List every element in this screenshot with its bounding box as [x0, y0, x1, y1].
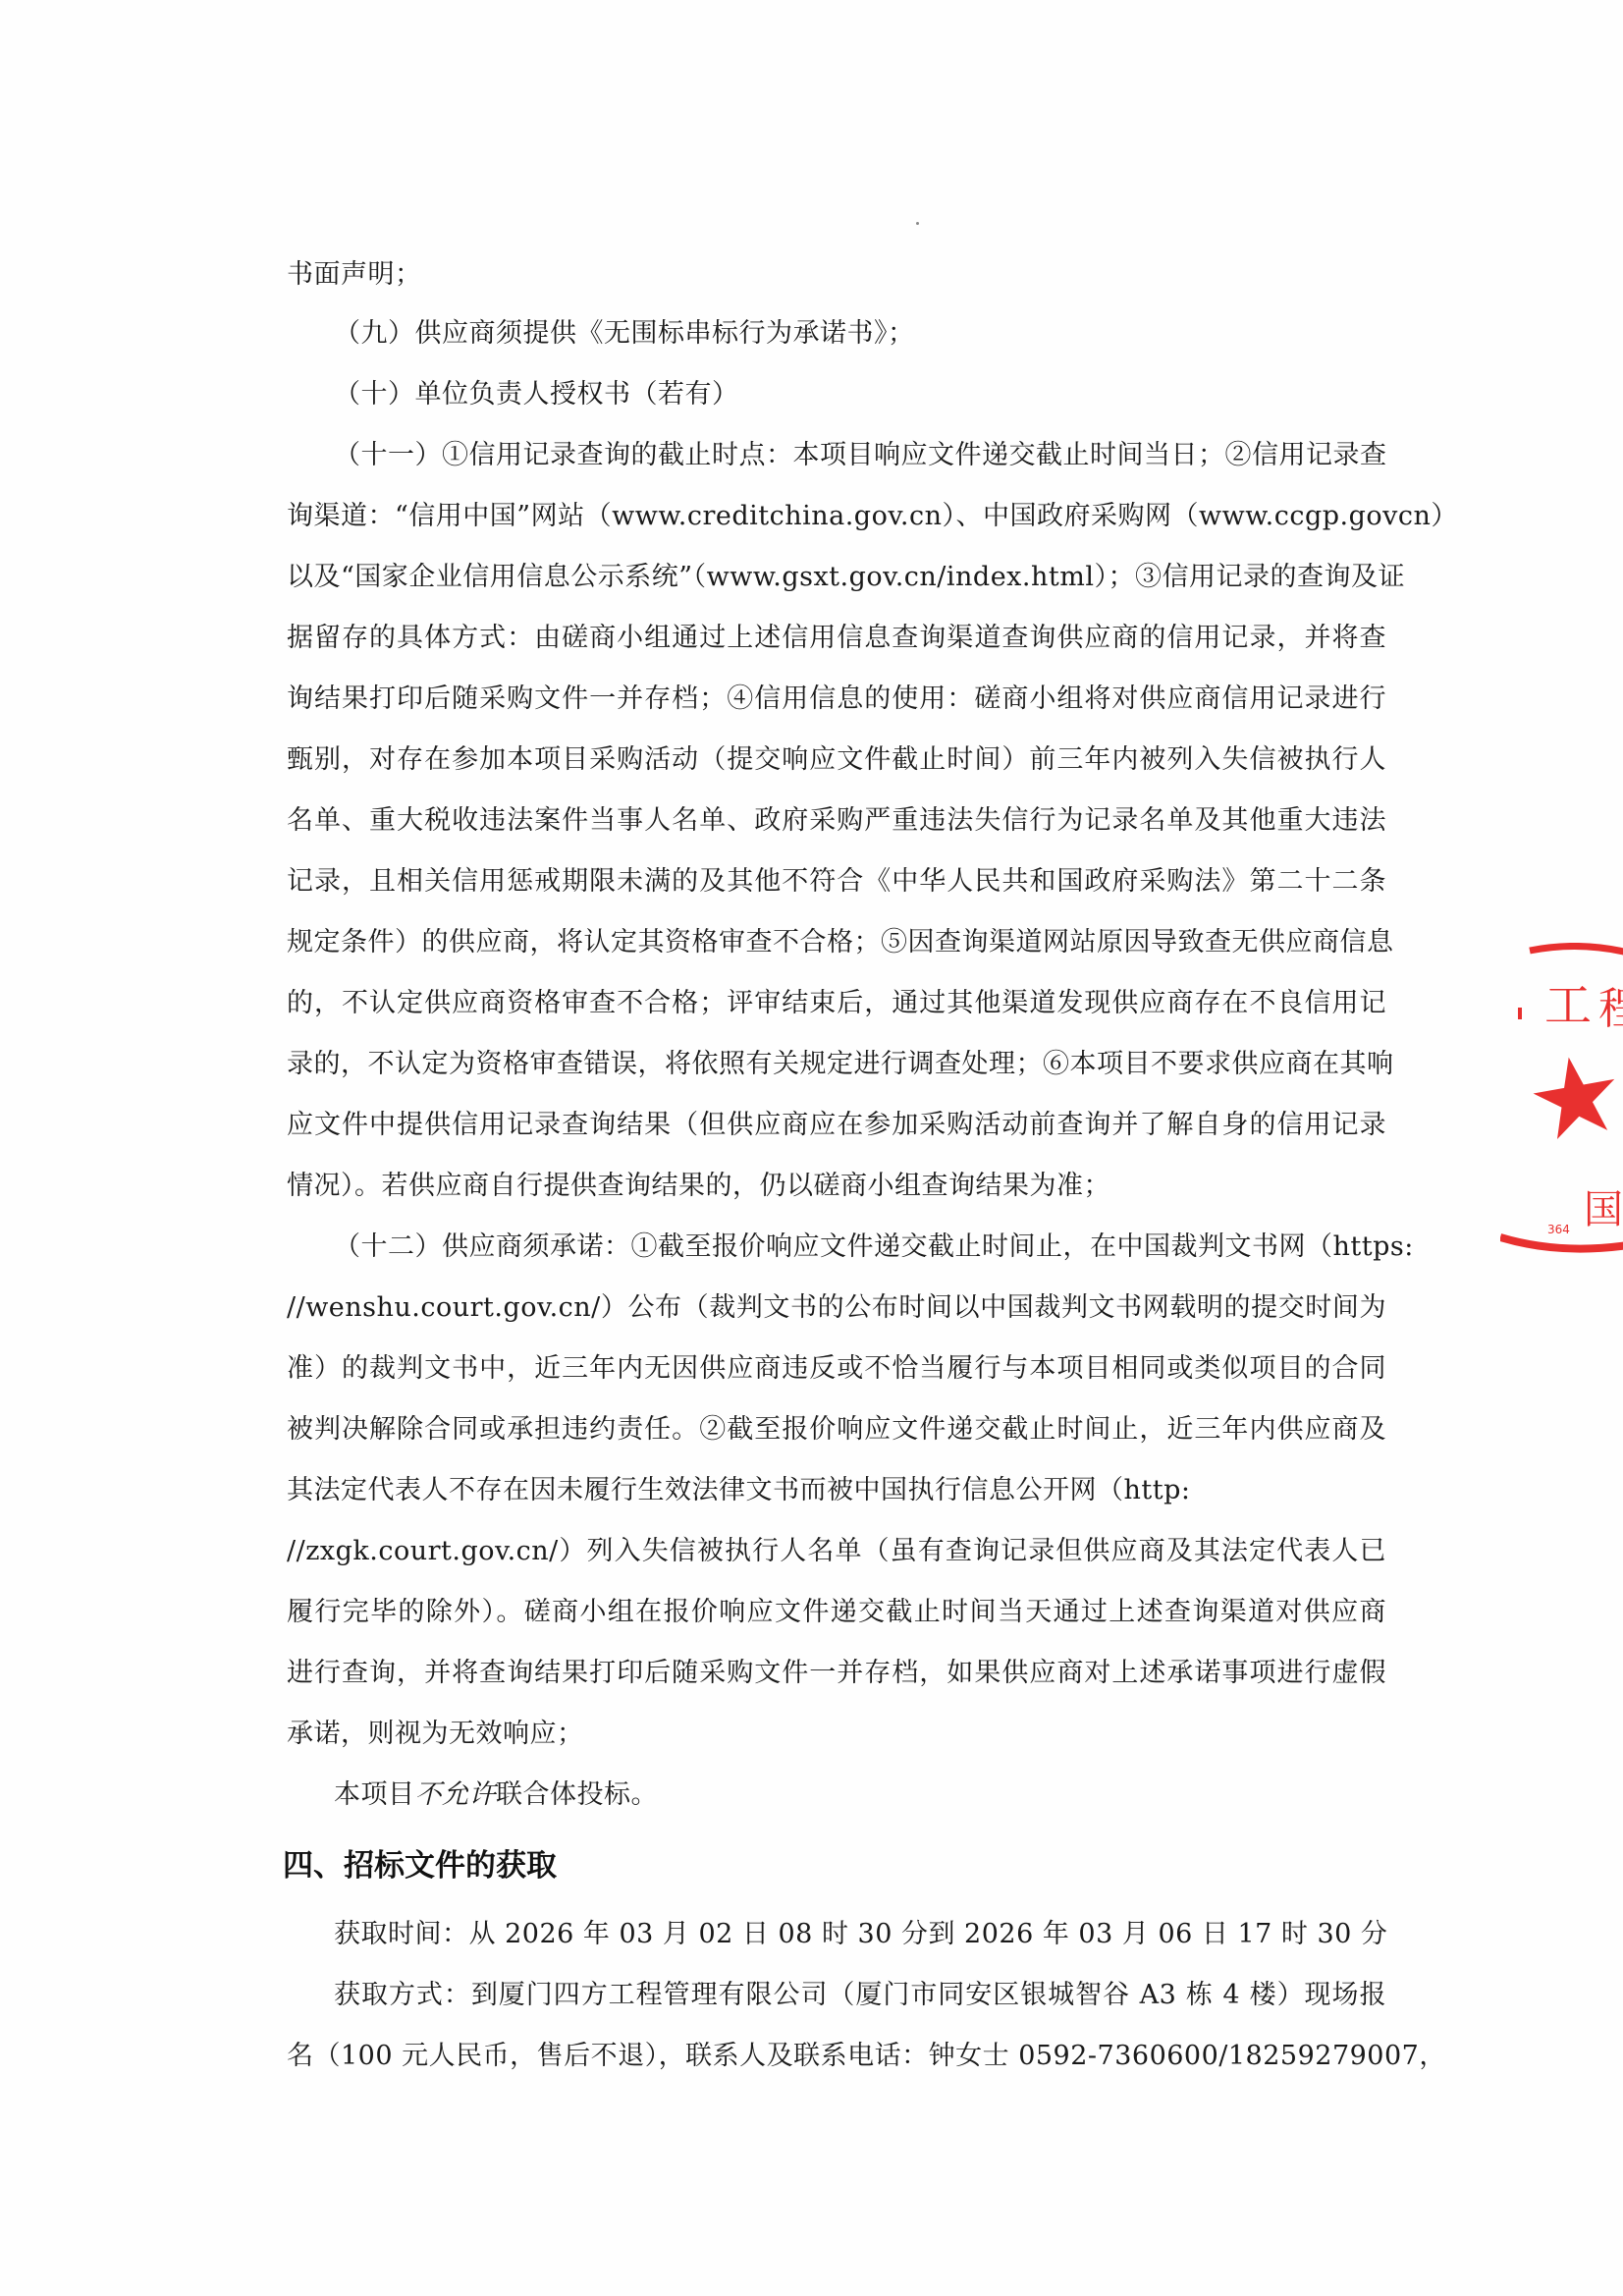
svg-text:国: 国: [1584, 1187, 1623, 1232]
item-11-line: 记录，且相关信用惩戒期限未满的及其他不符合《中华人民共和国政府采购法》第二十二条: [287, 864, 1386, 900]
item-12-line: 承诺，则视为无效响应；: [287, 1717, 1386, 1752]
item-11-line: （十一）①信用记录查询的截止时点：本项目响应文件递交截止时间当日；②信用记录查: [334, 438, 1386, 473]
consortium-emphasis: 不允许: [415, 1779, 497, 1810]
item-11-line: 名单、重大税收违法案件当事人名单、政府采购严重违法失信行为记录名单及其他重大违法: [287, 803, 1386, 839]
scan-speck: [916, 222, 919, 225]
svg-text:程: 程: [1598, 984, 1623, 1034]
item-9: （九）供应商须提供《无围标串标行为承诺书》；: [334, 316, 1386, 352]
seal-icon: 工 程 国 364: [1500, 943, 1623, 1262]
item-12-line: //wenshu.court.gov.cn/）公布（裁判文书的公布时间以中国裁判…: [287, 1290, 1386, 1326]
text-line: 书面声明；: [287, 257, 1386, 293]
section-heading: 四、招标文件的获取: [283, 1846, 557, 1886]
item-12-line: （十二）供应商须承诺：①截至报价响应文件递交截止时间止，在中国裁判文书网（htt…: [334, 1230, 1386, 1265]
item-12-line: 进行查询，并将查询结果打印后随采购文件一并存档，如果供应商对上述承诺事项进行虚假: [287, 1656, 1386, 1691]
item-11-line: 询渠道：“信用中国”网站（www.creditchina.gov.cn）、中国政…: [287, 499, 1386, 534]
item-10: （十）单位负责人授权书（若有）: [334, 377, 1386, 412]
consortium-prefix: 本项目: [334, 1779, 415, 1810]
item-11-line: 甄别，对存在参加本项目采购活动（提交响应文件截止时间）前三年内被列入失信被执行人: [287, 742, 1386, 778]
company-seal: 工 程 国 364: [1500, 943, 1623, 1262]
consortium-suffix: 联合体投标。: [496, 1779, 658, 1810]
item-11-line: 据留存的具体方式：由磋商小组通过上述信用信息查询渠道查询供应商的信用记录，并将查: [287, 621, 1386, 656]
item-11-line: 以及“国家企业信用信息公示系统”（www.gsxt.gov.cn/index.h…: [287, 560, 1386, 595]
item-11-line: 询结果打印后随采购文件一并存档；④信用信息的使用：磋商小组将对供应商信用记录进行: [287, 682, 1386, 717]
svg-text:工: 工: [1544, 978, 1592, 1033]
item-11-line: 的，不认定供应商资格审查不合格；评审结束后，通过其他渠道发现供应商存在不良信用记: [287, 986, 1386, 1021]
acquisition-method: 获取方式：到厦门四方工程管理有限公司（厦门市同安区银城智谷 A3 栋 4 楼）现…: [334, 1978, 1386, 2013]
document-page: 书面声明； （九）供应商须提供《无围标串标行为承诺书》； （十）单位负责人授权书…: [0, 0, 1623, 2296]
item-11-line: 应文件中提供信用记录查询结果（但供应商应在参加采购活动前查询并了解自身的信用记录: [287, 1108, 1386, 1143]
item-12-line: 准）的裁判文书中，近三年内无因供应商违反或不恰当履行与本项目相同或类似项目的合同: [287, 1351, 1386, 1387]
svg-text:364: 364: [1547, 1223, 1570, 1236]
item-11-line: 情况）。若供应商自行提供查询结果的，仍以磋商小组查询结果为准；: [287, 1169, 1386, 1204]
item-12-line: 其法定代表人不存在因未履行生效法律文书而被中国执行信息公开网（http:: [287, 1473, 1386, 1508]
item-12-line: 被判决解除合同或承担违约责任。②截至报价响应文件递交截止时间止，近三年内供应商及: [287, 1412, 1386, 1448]
item-12-line: 履行完毕的除外）。磋商小组在报价响应文件递交截止时间当天通过上述查询渠道对供应商: [287, 1595, 1386, 1630]
item-11-line: 录的，不认定为资格审查错误，将依照有关规定进行调查处理；⑥本项目不要求供应商在其…: [287, 1047, 1386, 1082]
consortium-statement: 本项目不允许联合体投标。: [334, 1777, 1386, 1813]
acquisition-time: 获取时间：从 2026 年 03 月 02 日 08 时 30 分到 2026 …: [334, 1917, 1386, 1952]
item-11-line: 规定条件）的供应商，将认定其资格审查不合格；⑤因查询渠道网站原因导致查无供应商信…: [287, 925, 1386, 960]
acquisition-method-cont: 名（100 元人民币，售后不退），联系人及联系电话：钟女士 0592-73606…: [287, 2039, 1386, 2074]
item-12-line: //zxgk.court.gov.cn/）列入失信被执行人名单（虽有查询记录但供…: [287, 1534, 1386, 1569]
